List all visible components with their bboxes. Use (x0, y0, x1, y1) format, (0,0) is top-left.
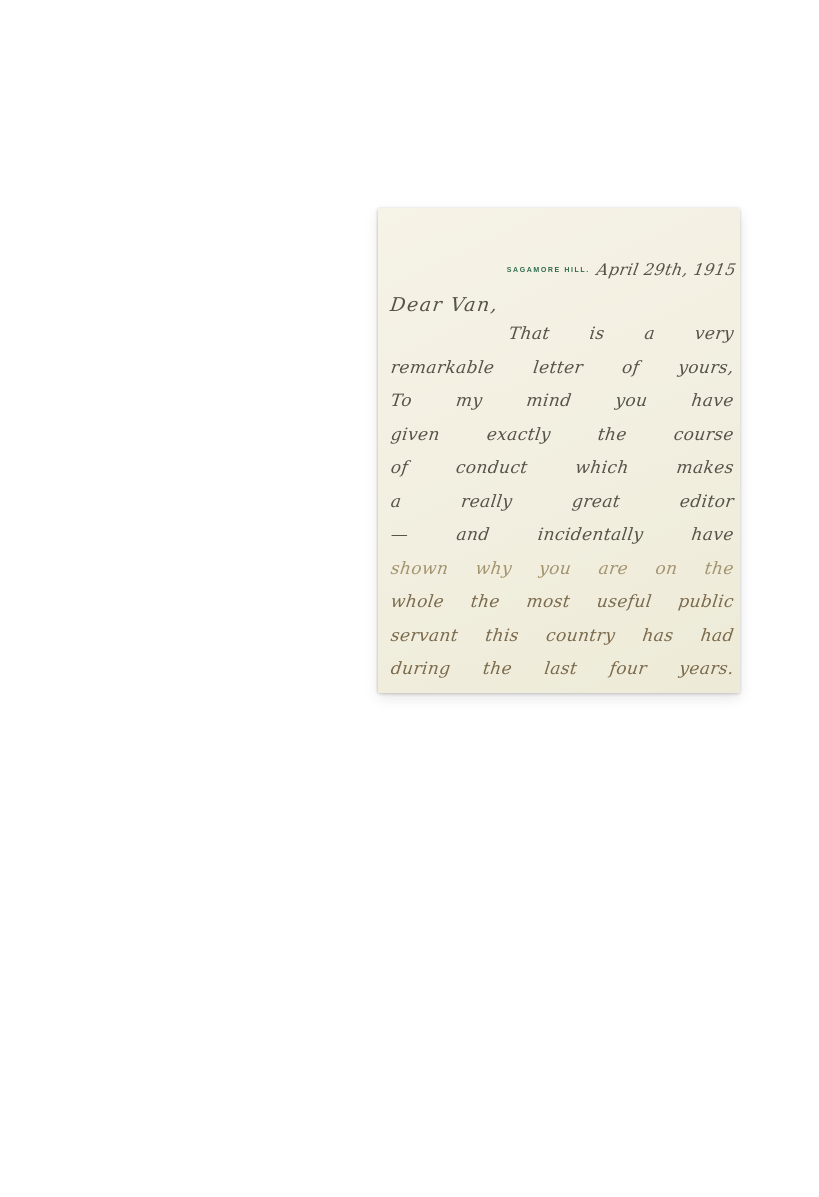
handwriting-line: areallygreateditor (388, 492, 735, 526)
handwritten-word: incidentally (537, 525, 645, 545)
letterhead-text: SAGAMORE HILL. (507, 267, 590, 274)
letterhead-row: SAGAMORE HILL. April 29th, 1915 (378, 260, 736, 279)
handwriting-line: Tomymindyouhave (388, 391, 735, 425)
photo-background: SAGAMORE HILL. April 29th, 1915 Dear Van… (0, 0, 819, 1197)
handwritten-word: have (690, 391, 735, 411)
handwritten-word: public (677, 592, 735, 612)
handwritten-word: this (484, 626, 520, 646)
handwritten-word: whole (390, 592, 446, 612)
handwritten-word: and (455, 525, 491, 545)
handwritten-word: given (390, 425, 441, 445)
handwritten-word: a (390, 492, 403, 512)
handwritten-word: useful (596, 592, 653, 612)
handwritten-word: — (390, 525, 410, 545)
handwritten-word: remarkable (390, 358, 496, 378)
handwritten-word: you (614, 391, 648, 411)
letter-date: April 29th, 1915 (595, 260, 738, 279)
handwritten-word: had (699, 626, 735, 646)
handwritten-word: conduct (455, 458, 529, 478)
salutation-line: Dear Van, (388, 294, 735, 324)
handwritten-word: of (621, 358, 641, 378)
handwriting-line: ofconductwhichmakes (388, 458, 735, 492)
handwriting-line: duringthelastfouryears. (388, 659, 735, 693)
handwritten-word: four (608, 659, 648, 679)
handwriting-line: —andincidentallyhave (388, 525, 735, 559)
handwritten-word: yours, (677, 358, 735, 378)
handwritten-word: mind (525, 391, 572, 411)
handwritten-word: To (390, 391, 414, 411)
handwriting-line: remarkableletterofyours, (388, 358, 735, 392)
letter-body: Dear Van,Thatisaveryremarkableletterofyo… (388, 294, 731, 693)
handwritten-word: my (455, 391, 484, 411)
handwritten-word: most (525, 592, 571, 612)
handwritten-word: is (588, 324, 605, 344)
handwritten-word: the (704, 559, 736, 579)
handwritten-word: are (597, 559, 629, 579)
handwritten-word: country (545, 626, 616, 646)
handwritten-word: servant (390, 626, 460, 646)
handwritten-word: shown (390, 559, 450, 579)
handwriting-line: Thatisavery (388, 324, 735, 358)
handwritten-word: great (571, 492, 622, 512)
handwritten-word: very (694, 324, 735, 344)
handwritten-word: on (654, 559, 678, 579)
handwritten-word: letter (532, 358, 584, 378)
handwriting-line: servantthiscountryhashad (388, 626, 735, 660)
handwritten-word: during (390, 659, 452, 679)
handwritten-word: have (690, 525, 735, 545)
handwriting-line: shownwhyyouareonthe (388, 559, 735, 593)
handwritten-word: course (673, 425, 735, 445)
handwriting-line: wholethemostusefulpublic (388, 592, 735, 626)
handwritten-word: the (470, 592, 502, 612)
handwritten-word: which (574, 458, 630, 478)
handwritten-word: you (538, 559, 572, 579)
handwriting-line: givenexactlythecourse (388, 425, 735, 459)
handwritten-word: of (390, 458, 410, 478)
handwritten-word: has (641, 626, 674, 646)
letter-paper: SAGAMORE HILL. April 29th, 1915 Dear Van… (378, 208, 740, 693)
handwritten-word: editor (679, 492, 735, 512)
handwritten-word: years. (678, 659, 735, 679)
handwritten-word: really (460, 492, 514, 512)
handwritten-word: exactly (486, 425, 552, 445)
handwritten-word: the (482, 659, 514, 679)
handwritten-word: That (508, 324, 551, 344)
handwritten-word: last (543, 659, 578, 679)
handwritten-word: a (643, 324, 656, 344)
handwritten-word: the (597, 425, 629, 445)
handwritten-word: makes (675, 458, 735, 478)
handwritten-word: why (474, 559, 513, 579)
